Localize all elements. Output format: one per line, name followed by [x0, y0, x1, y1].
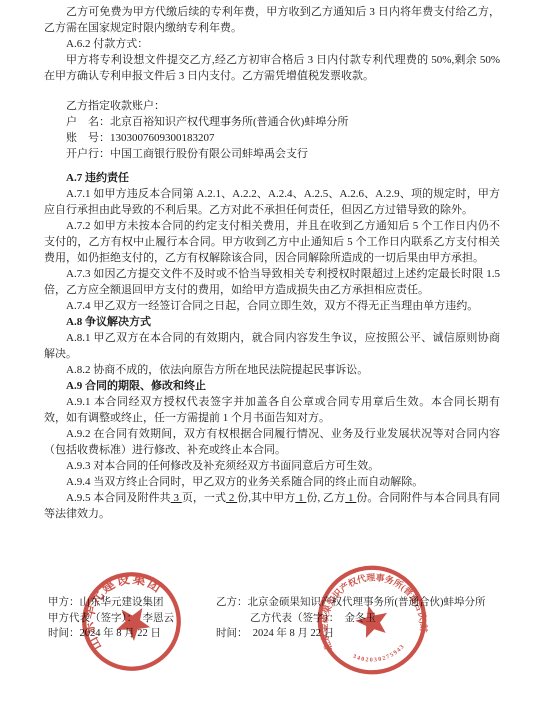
party-a-representative-line: 甲方代表（签字）： 李恩云 — [48, 611, 216, 627]
a95-pages-count: 3 — [171, 492, 182, 504]
party-b-representative-line: 乙方代表（签字）： 金冬玉 — [216, 611, 516, 627]
signature-block: 甲方：山东华元建设集团 甲方代表（签字）： 李恩云 时间：2024 年 8 月 … — [48, 595, 518, 642]
a95-text: A.9.5 本合同及附件共 — [66, 492, 171, 504]
a95-party-b-copies: 1 — [345, 492, 356, 504]
a95-text: 份, 乙方 — [306, 492, 345, 504]
party-b-date-line: 时间： 2024 年 8 月 22 日 — [216, 626, 516, 642]
party-b-seal-serial-number: 3402030275943 — [351, 641, 409, 669]
account-number-label: 账 号： — [66, 132, 110, 144]
paragraph-a72: A.7.2 如甲方未按本合同的约定支付相关费用，并且在收到乙方通知后 5 个工作… — [44, 218, 500, 266]
account-holder-line: 户 名：北京百裕知识产权代理事务所(普通合伙)蚌埠分所 — [44, 114, 500, 130]
a95-copies-count: 2 — [226, 492, 237, 504]
account-bank-label: 开户行： — [66, 148, 110, 160]
paragraph-a94: A.9.4 当双方终止合同时，甲乙双方的业务关系随合同的终止而自动解除。 — [44, 474, 500, 490]
party-a-name-line: 甲方：山东华元建设集团 — [48, 595, 216, 611]
paragraph-a71: A.7.1 如甲方违反本合同第 A.2.1、A.2.2、A.2.4、A.2.5、… — [44, 186, 500, 218]
a95-party-a-copies: 1 — [295, 492, 306, 504]
party-a-date-line: 时间：2024 年 8 月 22 日 — [48, 626, 216, 642]
account-bank-value: 中国工商银行股份有限公司蚌埠禹会支行 — [110, 148, 308, 160]
paragraph-a82: A.8.2 协商不成的，依法向原告方所在地民法院提起民事诉讼。 — [44, 362, 500, 378]
spacer — [44, 162, 500, 170]
heading-a8-dispute-resolution: A.8 争议解决方式 — [44, 314, 500, 330]
paragraph-a95: A.9.5 本合同及附件共 3 页，一式 2 份,其中甲方 1 份, 乙方 1 … — [44, 490, 500, 522]
contract-body: 乙方可免费为甲方代缴后续的专利年费，甲方收到乙方通知后 3 日内将年费支付给乙方… — [44, 4, 500, 522]
paragraph-a73: A.7.3 如因乙方提交文件不及时或不恰当导致相关专利授权时限超过上述约定最长时… — [44, 266, 500, 298]
spacer — [44, 84, 500, 98]
heading-a7-breach-liability: A.7 违约责任 — [44, 170, 500, 186]
account-holder-value: 北京百裕知识产权代理事务所(普通合伙)蚌埠分所 — [110, 116, 348, 128]
account-number-line: 账 号：1303007609300183207 — [44, 130, 500, 146]
heading-a62-payment-method: A.6.2 付款方式： — [44, 36, 500, 52]
contract-page: 乙方可免费为甲方代缴后续的专利年费，甲方收到乙方通知后 3 日内将年费支付给乙方… — [0, 0, 538, 710]
a95-text: 页，一式 — [182, 492, 226, 504]
paragraph-annual-fee: 乙方可免费为甲方代缴后续的专利年费，甲方收到乙方通知后 3 日内将年费支付给乙方… — [44, 4, 500, 36]
paragraph-a74: A.7.4 甲乙双方一经签订合同之日起，合同立即生效，双方不得无正当理由单方违约… — [44, 298, 500, 314]
heading-a9-term-modification: A.9 合同的期限、修改和终止 — [44, 378, 500, 394]
party-b-name-line: 乙方：北京金硕果知识产权代理事务所(普通合伙)蚌埠分所 — [216, 595, 516, 611]
paragraph-a91: A.9.1 本合同经双方授权代表签字并加盖各自公章或合同专用章后生效。本合同长期… — [44, 394, 500, 426]
paragraph-a93: A.9.3 对本合同的任何修改及补充须经双方书面同意后方可生效。 — [44, 458, 500, 474]
paragraph-a81: A.8.1 甲乙双方在本合同的有效期内，就合同内容发生争议，应按照公平、诚信原则… — [44, 330, 500, 362]
paragraph-payment-terms: 甲方将专利设想文件提交乙方,经乙方初审合格后 3 日内付款专利代理费的 50%,… — [44, 52, 500, 84]
account-bank-line: 开户行：中国工商银行股份有限公司蚌埠禹会支行 — [44, 146, 500, 162]
paragraph-a92: A.9.2 在合同有效期间，双方有权根据合同履行情况、业务及行业发展状况等对合同… — [44, 426, 500, 458]
a95-text: 份,其中甲方 — [237, 492, 295, 504]
account-number-value: 1303007609300183207 — [110, 132, 215, 144]
account-holder-label: 户 名： — [66, 116, 110, 128]
svg-text:3402030275943: 3402030275943 — [351, 641, 409, 669]
party-a-signature-column: 甲方：山东华元建设集团 甲方代表（签字）： 李恩云 时间：2024 年 8 月 … — [48, 595, 216, 642]
account-intro: 乙方指定收款账户： — [44, 98, 500, 114]
party-b-signature-column: 乙方：北京金硕果知识产权代理事务所(普通合伙)蚌埠分所 乙方代表（签字）： 金冬… — [216, 595, 516, 642]
